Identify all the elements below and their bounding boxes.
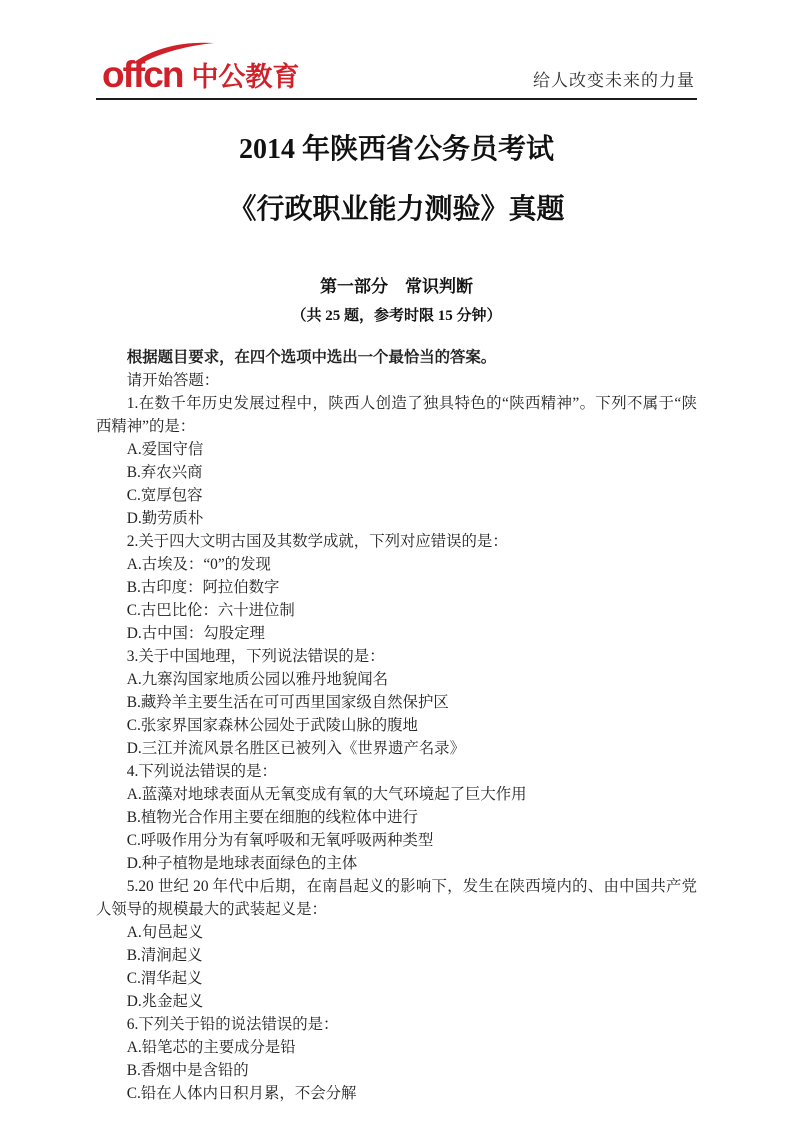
document-page: offcn 中公教育 给人改变未来的力量 2014 年陕西省公务员考试 《行政职… (0, 0, 793, 1122)
question-option: C.宽厚包容 (96, 484, 697, 507)
question-option: C.张家界国家森林公园处于武陵山脉的腹地 (96, 714, 697, 737)
question-stem: 6.下列关于铅的说法错误的是： (96, 1013, 697, 1036)
question-body: 根据题目要求，在四个选项中选出一个最恰当的答案。 请开始答题： 1.在数千年历史… (96, 346, 697, 1105)
question-stem: 1.在数千年历史发展过程中，陕西人创造了独具特色的“陕西精神”。下列不属于“陕西… (96, 392, 697, 438)
question-option: A.爱国守信 (96, 438, 697, 461)
question-option: C.渭华起义 (96, 967, 697, 990)
section-heading: 第一部分 常识判断 (96, 272, 697, 297)
question-option: C.铅在人体内日积月累，不会分解 (96, 1082, 697, 1105)
exam-title-line1: 2014 年陕西省公务员考试 (96, 127, 697, 167)
start-prompt: 请开始答题： (96, 369, 697, 392)
question-option: C.呼吸作用分为有氧呼吸和无氧呼吸两种类型 (96, 829, 697, 852)
question-option: B.香烟中是含铅的 (96, 1059, 697, 1082)
question-stem: 4.下列说法错误的是： (96, 760, 697, 783)
question-stem: 5.20 世纪 20 年代中后期，在南昌起义的影响下，发生在陕西境内的、由中国共… (96, 875, 697, 921)
question-option: A.旬邑起义 (96, 921, 697, 944)
page-header: offcn 中公教育 给人改变未来的力量 (96, 0, 697, 100)
question-option: B.清涧起义 (96, 944, 697, 967)
question-stem: 3.关于中国地理，下列说法错误的是： (96, 645, 697, 668)
question-option: D.种子植物是地球表面绿色的主体 (96, 852, 697, 875)
question-option: A.铅笔芯的主要成分是铅 (96, 1036, 697, 1059)
exam-title-line2: 《行政职业能力测验》真题 (96, 187, 697, 227)
question-option: A.九寨沟国家地质公园以雅丹地貌闻名 (96, 668, 697, 691)
question-option: B.弃农兴商 (96, 461, 697, 484)
questions: 1.在数千年历史发展过程中，陕西人创造了独具特色的“陕西精神”。下列不属于“陕西… (96, 392, 697, 1105)
offcn-logo: offcn 中公教育 (102, 56, 299, 93)
instruction-line: 根据题目要求，在四个选项中选出一个最恰当的答案。 (96, 346, 697, 369)
section-subheading: （共 25 题，参考时限 15 分钟） (96, 304, 697, 325)
logo-swoosh-icon (132, 41, 216, 65)
question-option: B.古印度：阿拉伯数字 (96, 576, 697, 599)
header-tagline: 给人改变未来的力量 (533, 66, 695, 93)
question-option: B.植物光合作用主要在细胞的线粒体中进行 (96, 806, 697, 829)
question-option: A.古埃及：“0”的发现 (96, 553, 697, 576)
question-option: D.兆金起义 (96, 990, 697, 1013)
question-option: D.古中国：勾股定理 (96, 622, 697, 645)
question-option: C.古巴比伦：六十进位制 (96, 599, 697, 622)
question-option: D.勤劳质朴 (96, 507, 697, 530)
logo-chinese-text: 中公教育 (191, 64, 299, 93)
question-option: B.藏羚羊主要生活在可可西里国家级自然保护区 (96, 691, 697, 714)
question-option: D.三江并流风景名胜区已被列入《世界遗产名录》 (96, 737, 697, 760)
question-stem: 2.关于四大文明古国及其数学成就，下列对应错误的是： (96, 530, 697, 553)
question-option: A.蓝藻对地球表面从无氧变成有氧的大气环境起了巨大作用 (96, 783, 697, 806)
